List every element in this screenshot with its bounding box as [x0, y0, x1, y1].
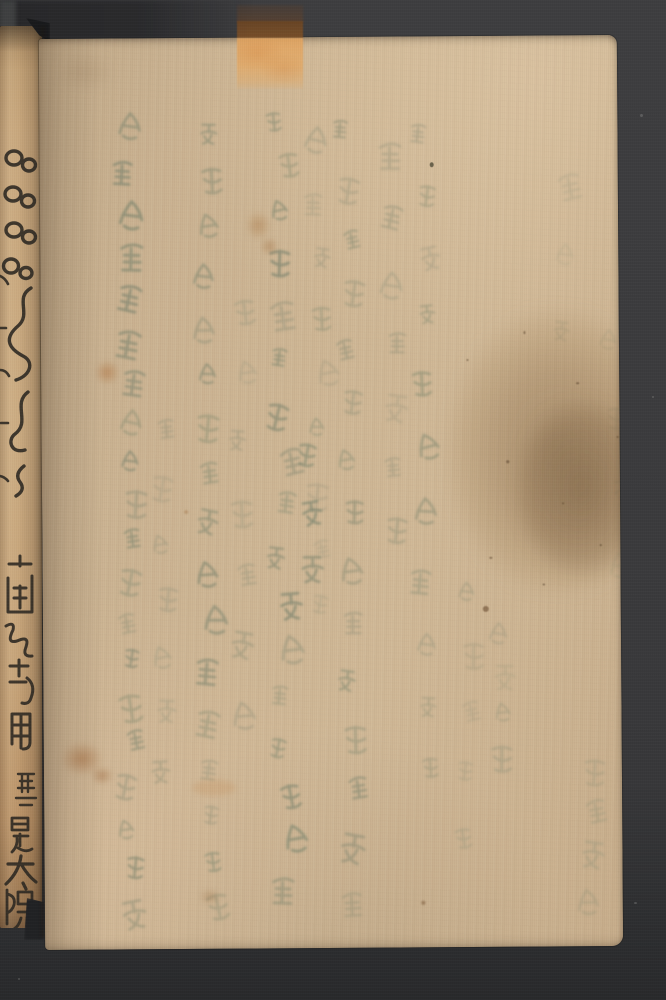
adjacent-leaf-edge — [0, 26, 42, 928]
vermilion-seal — [237, 5, 303, 89]
manuscript-page — [39, 35, 623, 950]
seal-character-band — [237, 21, 303, 38]
dust-speck — [634, 902, 637, 904]
gutter-shadow — [39, 39, 105, 950]
show-through-text — [39, 35, 623, 950]
dust-speck — [640, 114, 643, 117]
seal-on-paper — [237, 38, 303, 89]
dust-speck — [652, 396, 654, 398]
dust-speck — [18, 978, 20, 980]
manuscript-scan: Scanned verso page of an antique East As… — [0, 0, 666, 1000]
calligraphy-ink — [0, 26, 42, 928]
